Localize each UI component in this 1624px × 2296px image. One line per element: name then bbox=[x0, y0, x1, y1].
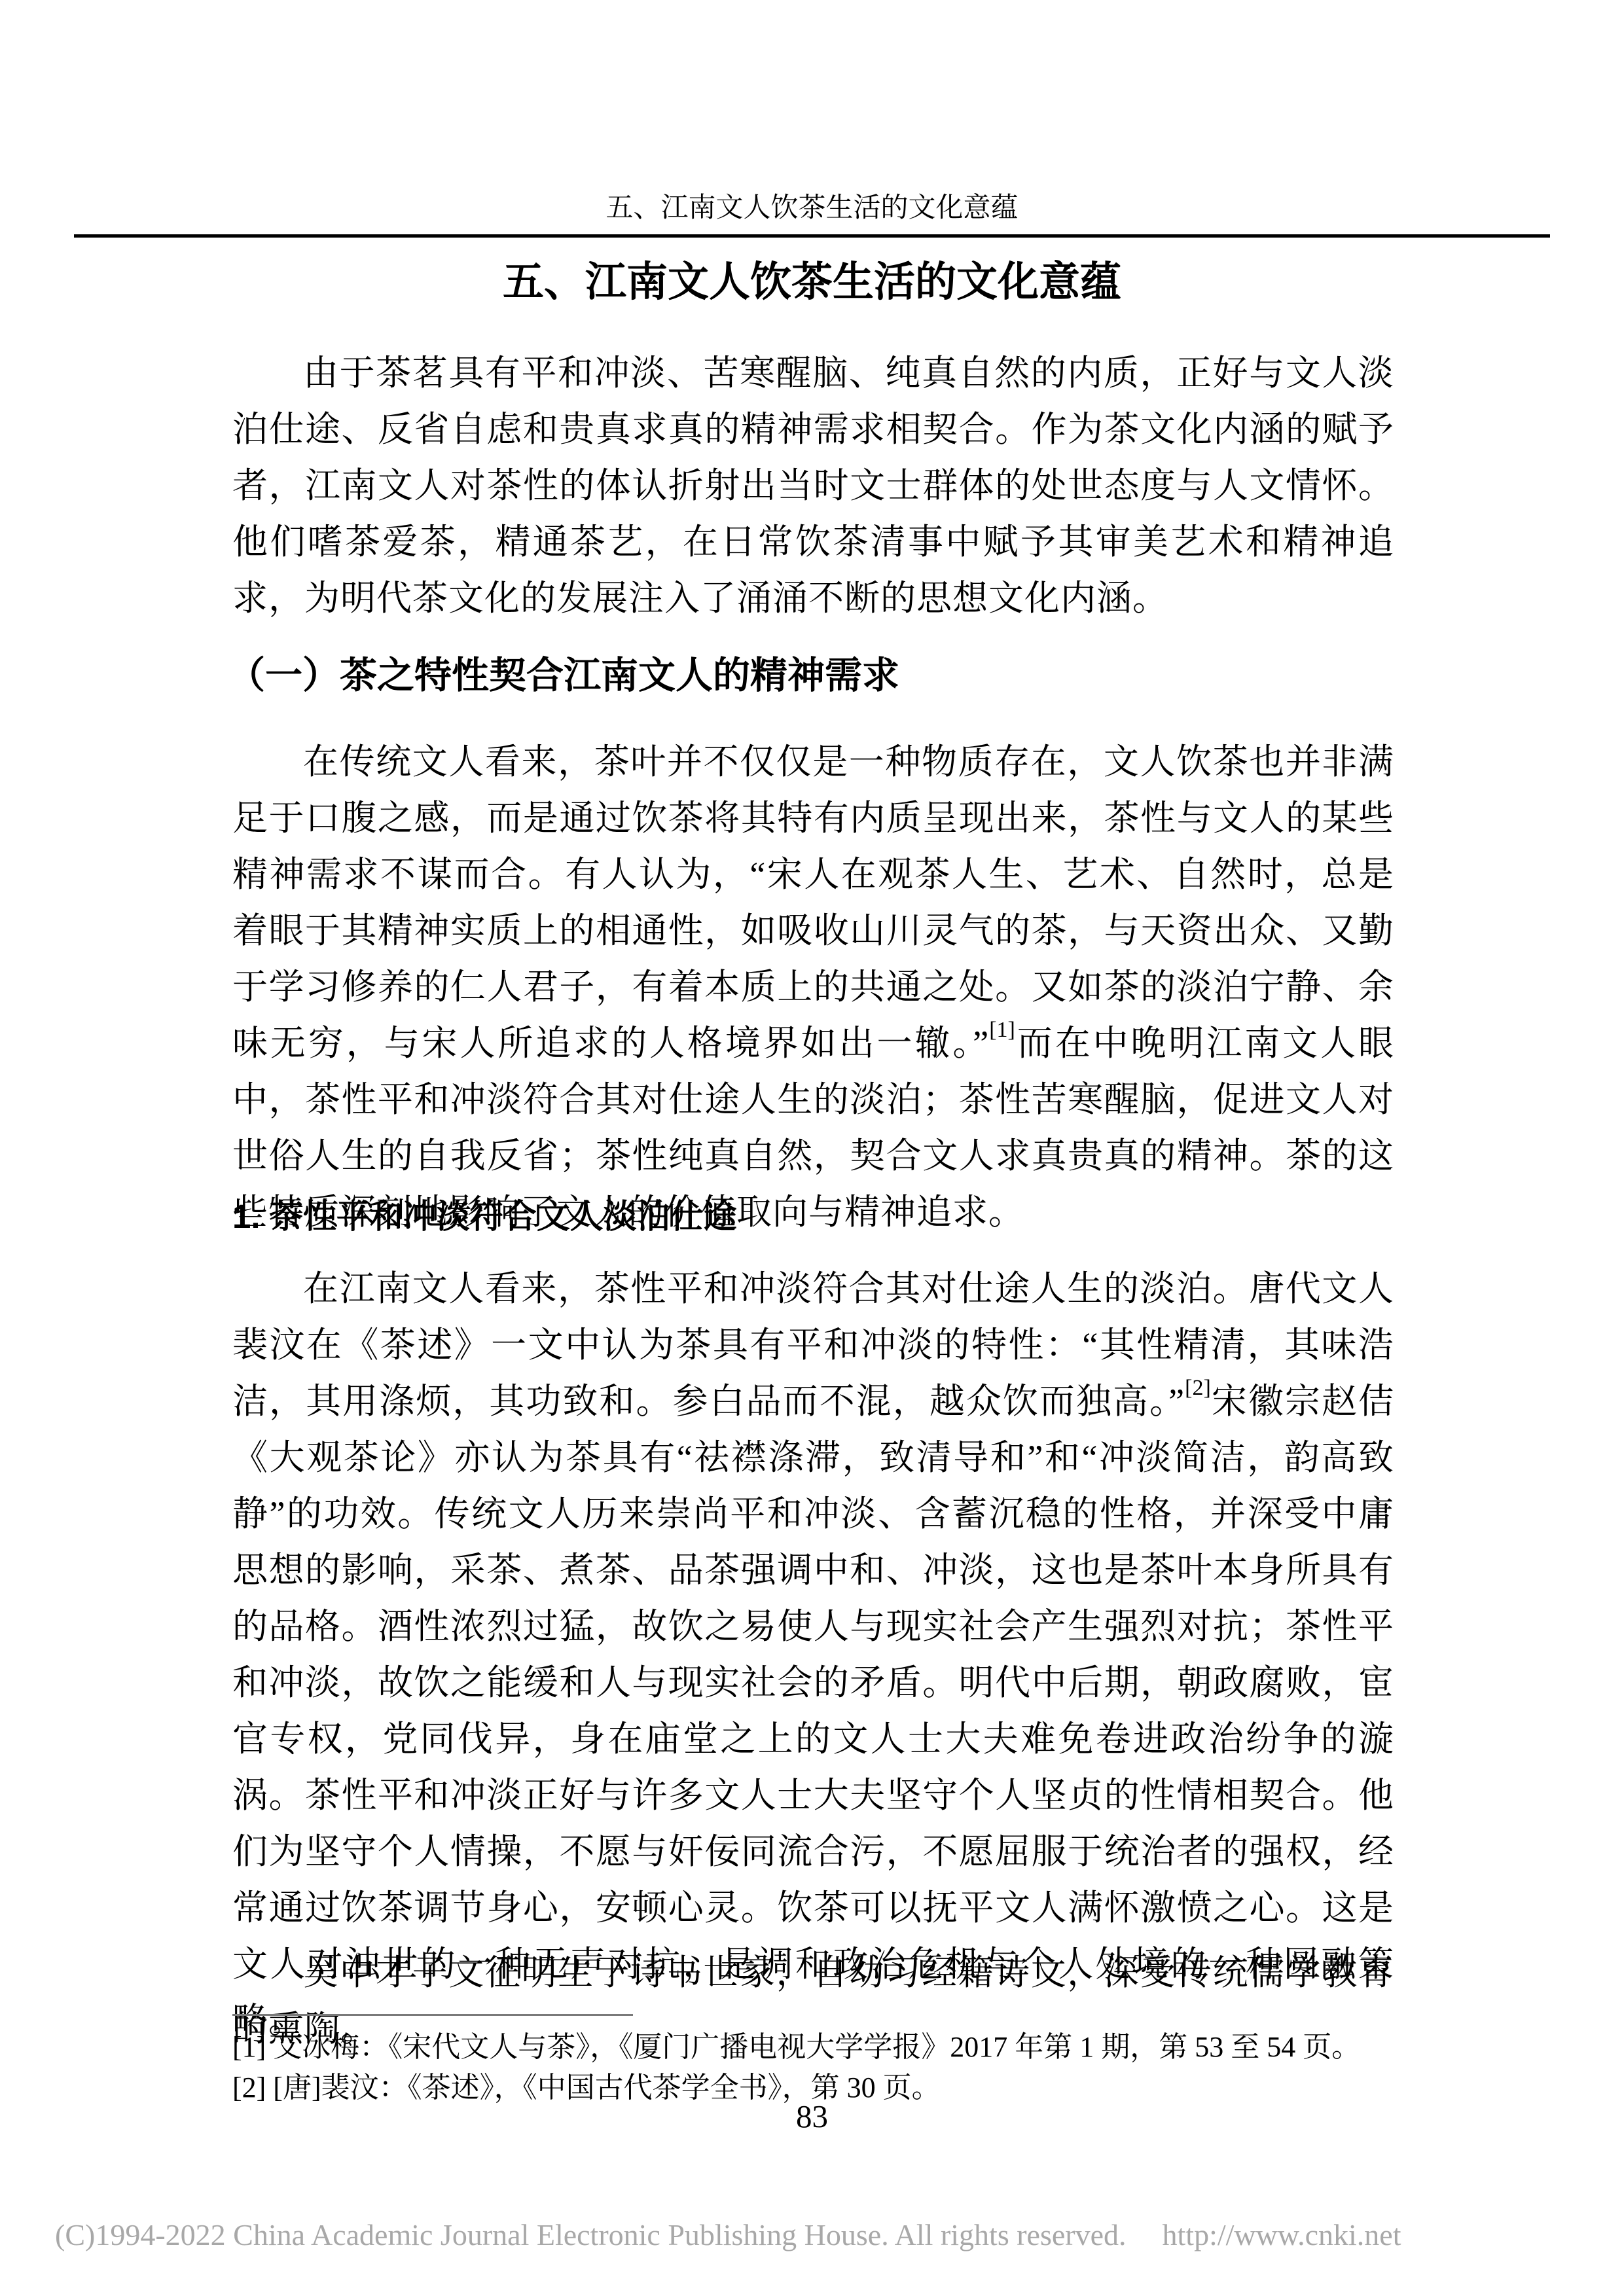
header-rule bbox=[74, 234, 1550, 238]
section1-paragraph: 在传统文人看来，茶叶并不仅仅是一种物质存在，文人饮茶也并非满足于口腹之感，而是通… bbox=[232, 734, 1394, 1240]
page-number: 83 bbox=[0, 2097, 1624, 2136]
footnote-ref-2: [2] bbox=[1185, 1376, 1211, 1400]
intro-paragraph-text: 由于茶茗具有平和冲淡、苦寒醒脑、纯真自然的内质，正好与文人淡泊仕途、反省自虑和贵… bbox=[232, 353, 1394, 618]
subsection-heading-pinghe-chongdan: 1. 茶性平和冲淡符合文人淡泊仕途 bbox=[232, 1196, 1411, 1238]
footnote-1: [1] 艾冰梅：《宋代文人与茶》，《厦门广播电视大学学报》2017 年第 1 期… bbox=[232, 2027, 1489, 2068]
cnki-url: http://www.cnki.net bbox=[1163, 2217, 1401, 2253]
cnki-footer: (C)1994-2022 China Academic Journal Elec… bbox=[55, 2217, 1401, 2253]
subsection1-paragraph: 在江南文人看来，茶性平和冲淡符合其对仕途人生的淡泊。唐代文人裴汶在《茶述》一文中… bbox=[232, 1261, 1394, 2049]
intro-paragraph: 由于茶茗具有平和冲淡、苦寒醒脑、纯真自然的内质，正好与文人淡泊仕途、反省自虑和贵… bbox=[232, 345, 1394, 626]
document-page: 五、江南文人饮茶生活的文化意蕴 五、江南文人饮茶生活的文化意蕴 由于茶茗具有平和… bbox=[0, 0, 1624, 2296]
subsection1-text-after-ref: 宋徽宗赵佶《大观茶论》亦认为茶具有“祛襟涤滞，致清导和”和“冲淡简洁，韵高致静”… bbox=[232, 1382, 1394, 2040]
footnote-separator-rule bbox=[232, 2014, 633, 2016]
footnote-ref-1: [1] bbox=[989, 1018, 1015, 1042]
footnotes: [1] 艾冰梅：《宋代文人与茶》，《厦门广播电视大学学报》2017 年第 1 期… bbox=[232, 2027, 1489, 2108]
section1-text-before-ref: 在传统文人看来，茶叶并不仅仅是一种物质存在，文人饮茶也并非满足于口腹之感，而是通… bbox=[232, 742, 1394, 1063]
page-title: 五、江南文人饮茶生活的文化意蕴 bbox=[0, 257, 1624, 308]
copyright-text: (C)1994-2022 China Academic Journal Elec… bbox=[55, 2217, 1127, 2253]
running-head: 五、江南文人饮茶生活的文化意蕴 bbox=[0, 191, 1624, 225]
section-heading-tea-character: （一）茶之特性契合江南文人的精神需求 bbox=[228, 653, 1406, 698]
